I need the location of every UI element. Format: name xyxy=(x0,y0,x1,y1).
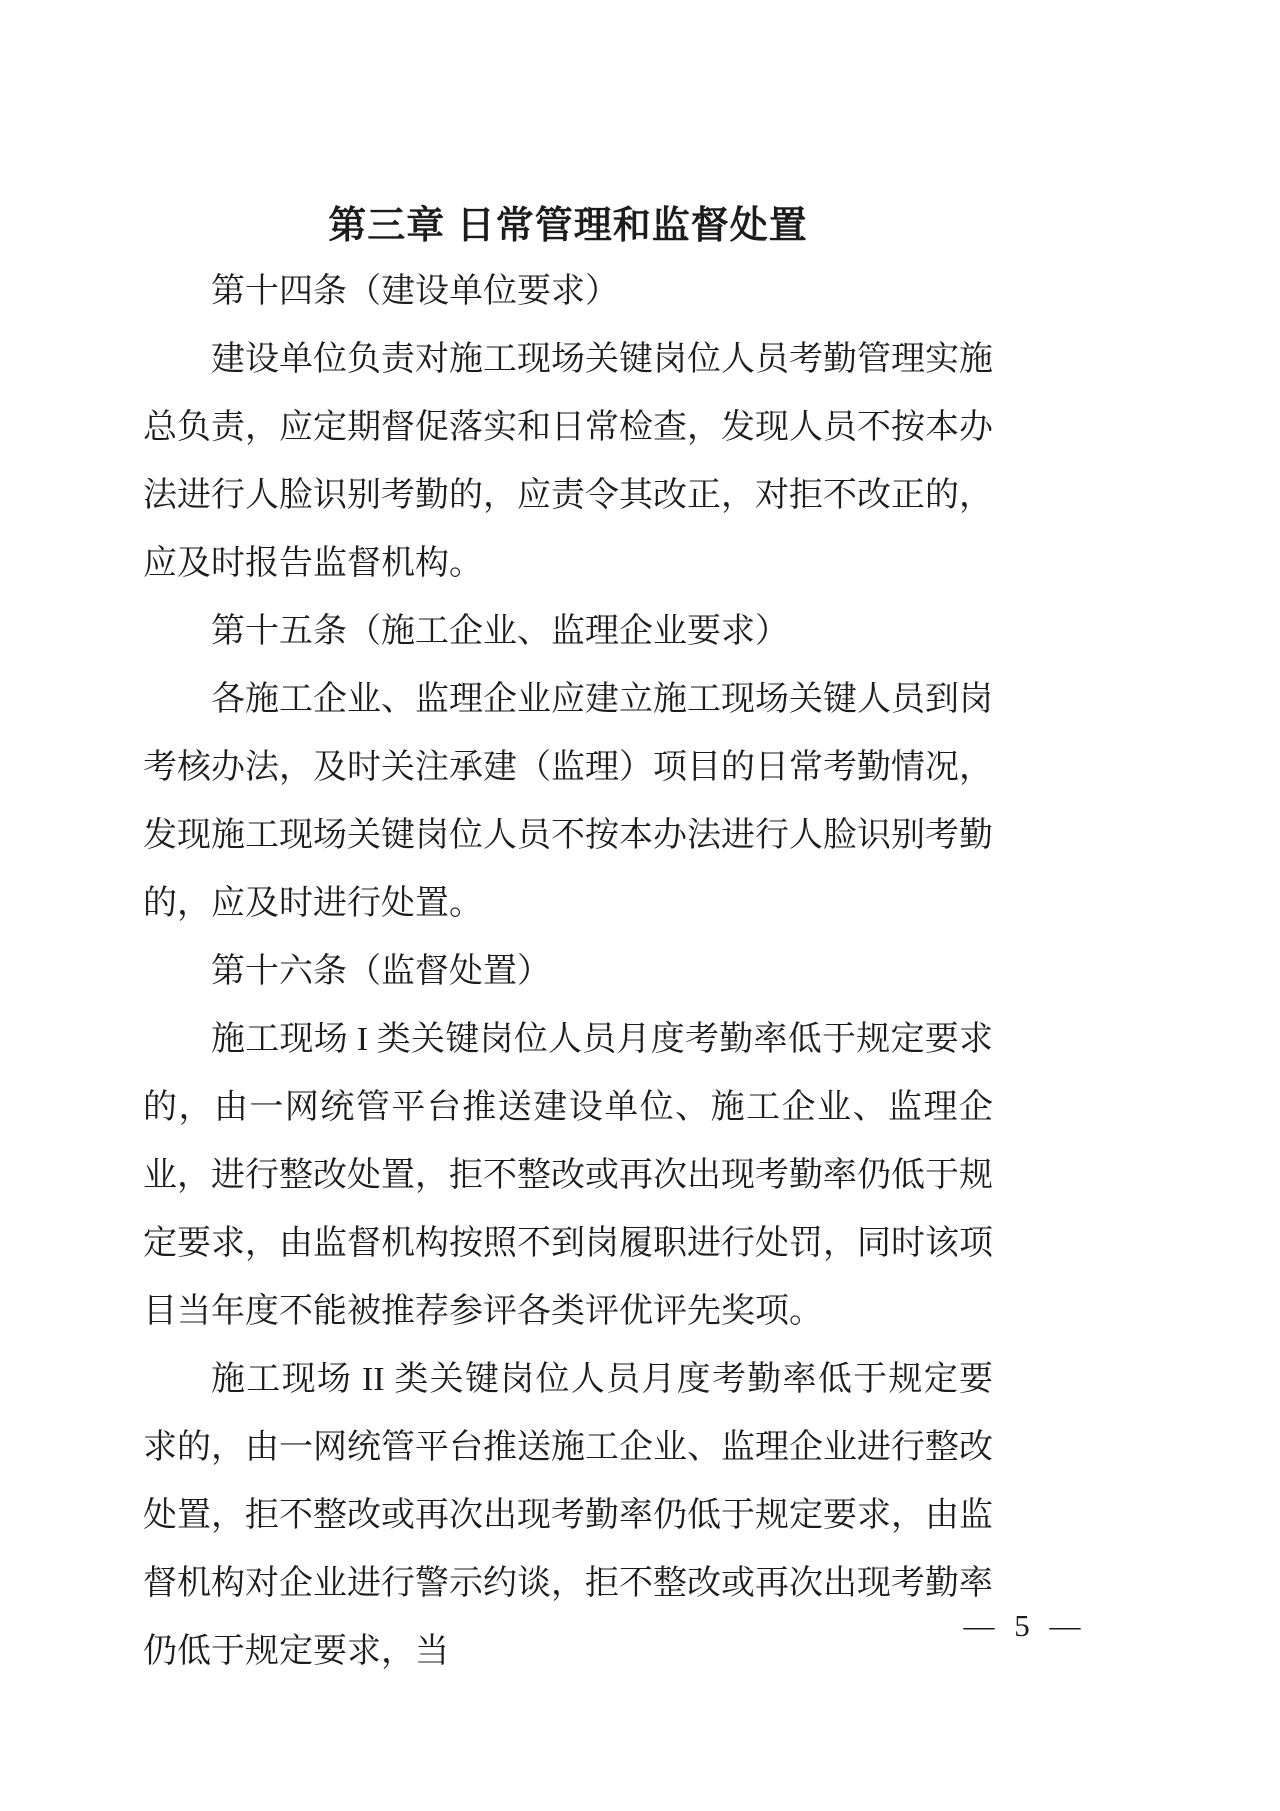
chapter-title: 第三章 日常管理和监督处置 xyxy=(143,203,993,249)
paragraph: 施工现场 I 类关键岗位人员月度考勤率低于规定要求的，由一网统管平台推送建设单位… xyxy=(143,1006,993,1346)
document-body: 第十四条（建设单位要求）建设单位负责对施工现场关键岗位人员考勤管理实施总负责，应… xyxy=(143,258,993,1686)
article-heading: 第十六条（监督处置） xyxy=(143,938,993,1006)
page-number: — 5 — xyxy=(940,1604,1110,1648)
article-heading: 第十五条（施工企业、监理企业要求） xyxy=(143,598,993,666)
paragraph: 施工现场 II 类关键岗位人员月度考勤率低于规定要求的，由一网统管平台推送施工企… xyxy=(143,1346,993,1686)
article-heading: 第十四条（建设单位要求） xyxy=(143,258,993,326)
document-page: 第三章 日常管理和监督处置 第十四条（建设单位要求）建设单位负责对施工现场关键岗… xyxy=(0,0,1280,1811)
paragraph: 建设单位负责对施工现场关键岗位人员考勤管理实施总负责，应定期督促落实和日常检查，… xyxy=(143,326,993,598)
paragraph: 各施工企业、监理企业应建立施工现场关键人员到岗考核办法，及时关注承建（监理）项目… xyxy=(143,666,993,938)
